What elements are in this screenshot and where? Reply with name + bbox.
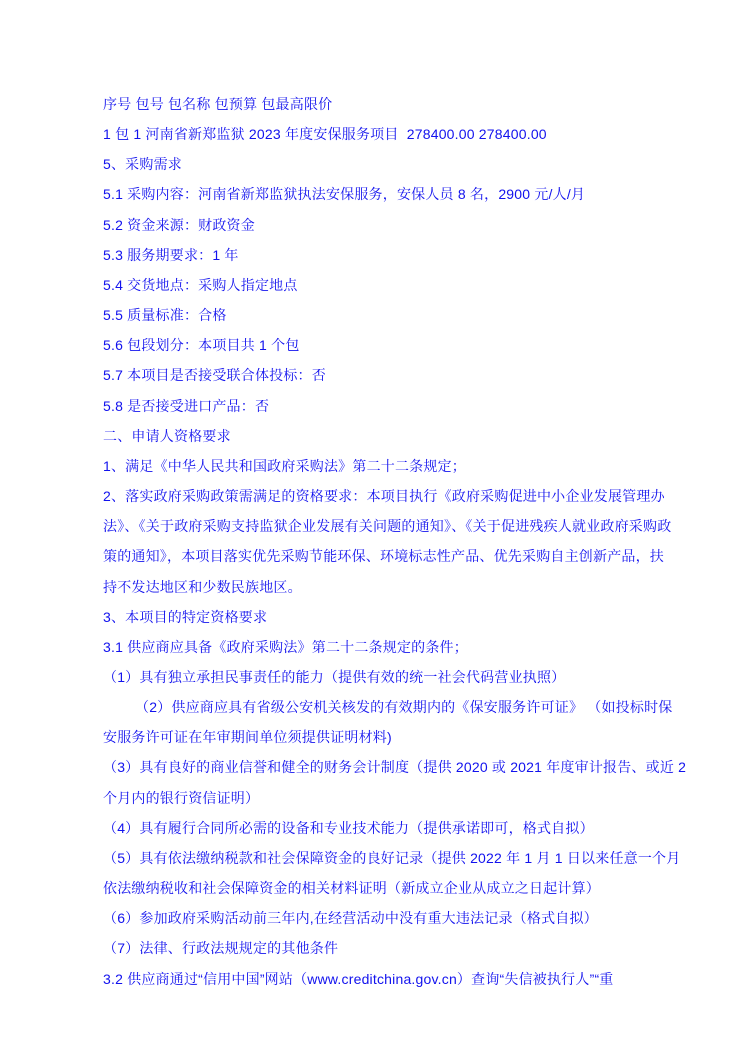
- document-line: 3、本项目的特定资格要求: [103, 602, 663, 632]
- document-line: 5.2 资金来源：财政资金: [103, 210, 663, 240]
- document-line: （5）具有依法缴纳税款和社会保障资金的良好记录（提供 2022 年 1 月 1 …: [103, 843, 663, 873]
- document-line: （6）参加政府采购活动前三年内,在经营活动中没有重大违法记录（格式自拟）: [103, 903, 663, 933]
- document-line: 5.3 服务期要求：1 年: [103, 240, 663, 270]
- document-line: 1 包 1 河南省新郑监狱 2023 年度安保服务项目 278400.00 27…: [103, 119, 663, 149]
- document-line: 5.8 是否接受进口产品：否: [103, 391, 663, 421]
- document-line: 5.7 本项目是否接受联合体投标：否: [103, 360, 663, 390]
- document-line: 3.1 供应商应具备《政府采购法》第二十二条规定的条件；: [103, 632, 663, 662]
- document-line: 5、采购需求: [103, 149, 663, 179]
- document-line: 5.5 质量标准：合格: [103, 300, 663, 330]
- document-line: 3.2 供应商通过“信用中国”网站（www.creditchina.gov.cn…: [103, 964, 663, 994]
- document-line: 持不发达地区和少数民族地区。: [103, 572, 663, 602]
- document-line: （3）具有良好的商业信誉和健全的财务会计制度（提供 2020 或 2021 年度…: [103, 752, 663, 782]
- document-line: 5.4 交货地点：采购人指定地点: [103, 270, 663, 300]
- document-line: 策的通知》，本项目落实优先采购节能环保、环境标志性产品、优先采购自主创新产品，扶: [103, 541, 663, 571]
- document-line: （2）供应商应具有省级公安机关核发的有效期内的《保安服务许可证》 （如投标时保: [103, 692, 663, 722]
- document-line: 1、满足《中华人民共和国政府采购法》第二十二条规定；: [103, 451, 663, 481]
- document-line: 2、落实政府采购政策需满足的资格要求：本项目执行《政府采购促进中小企业发展管理办: [103, 481, 663, 511]
- document-line: 安服务许可证在年审期间单位须提供证明材料): [103, 722, 663, 752]
- document-line: （1）具有独立承担民事责任的能力（提供有效的统一社会代码营业执照）: [103, 662, 663, 692]
- document-text-block: 序号 包号 包名称 包预算 包最高限价1 包 1 河南省新郑监狱 2023 年度…: [103, 89, 663, 994]
- document-line: （4）具有履行合同所必需的设备和专业技术能力（提供承诺即可，格式自拟）: [103, 813, 663, 843]
- document-line: （7）法律、行政法规规定的其他条件: [103, 933, 663, 963]
- document-line: 个月内的银行资信证明）: [103, 783, 663, 813]
- document-line: 5.1 采购内容：河南省新郑监狱执法安保服务，安保人员 8 名，2900 元/人…: [103, 179, 663, 209]
- document-line: 法》、《关于政府采购支持监狱企业发展有关问题的通知》、《关于促进残疾人就业政府采…: [103, 511, 663, 541]
- document-line: 依法缴纳税收和社会保障资金的相关材料证明（新成立企业从成立之日起计算）: [103, 873, 663, 903]
- document-line: 5.6 包段划分：本项目共 1 个包: [103, 330, 663, 360]
- document-page: 序号 包号 包名称 包预算 包最高限价1 包 1 河南省新郑监狱 2023 年度…: [0, 0, 746, 1061]
- document-line: 二、申请人资格要求: [103, 421, 663, 451]
- document-line: 序号 包号 包名称 包预算 包最高限价: [103, 89, 663, 119]
